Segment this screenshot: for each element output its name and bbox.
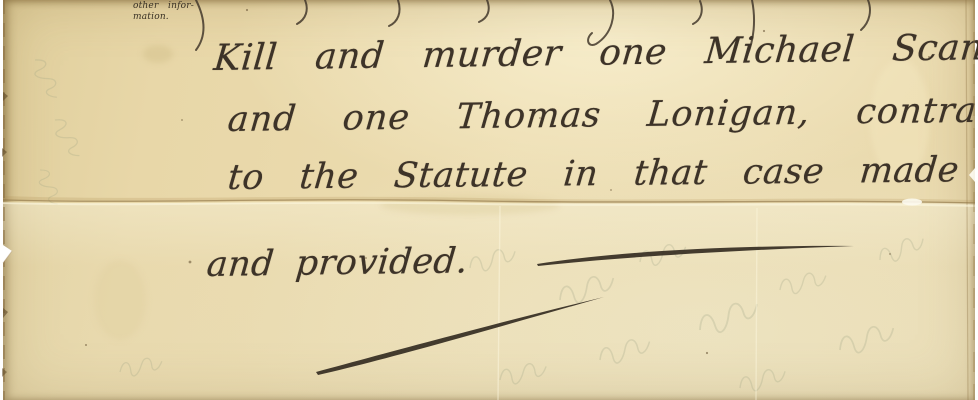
paper-torn-edges bbox=[0, 0, 978, 400]
document-photo: { "document": { "printed_margin_note": {… bbox=[0, 0, 978, 400]
right-edge-tears bbox=[969, 0, 975, 400]
left-edge-tears bbox=[0, 0, 12, 400]
